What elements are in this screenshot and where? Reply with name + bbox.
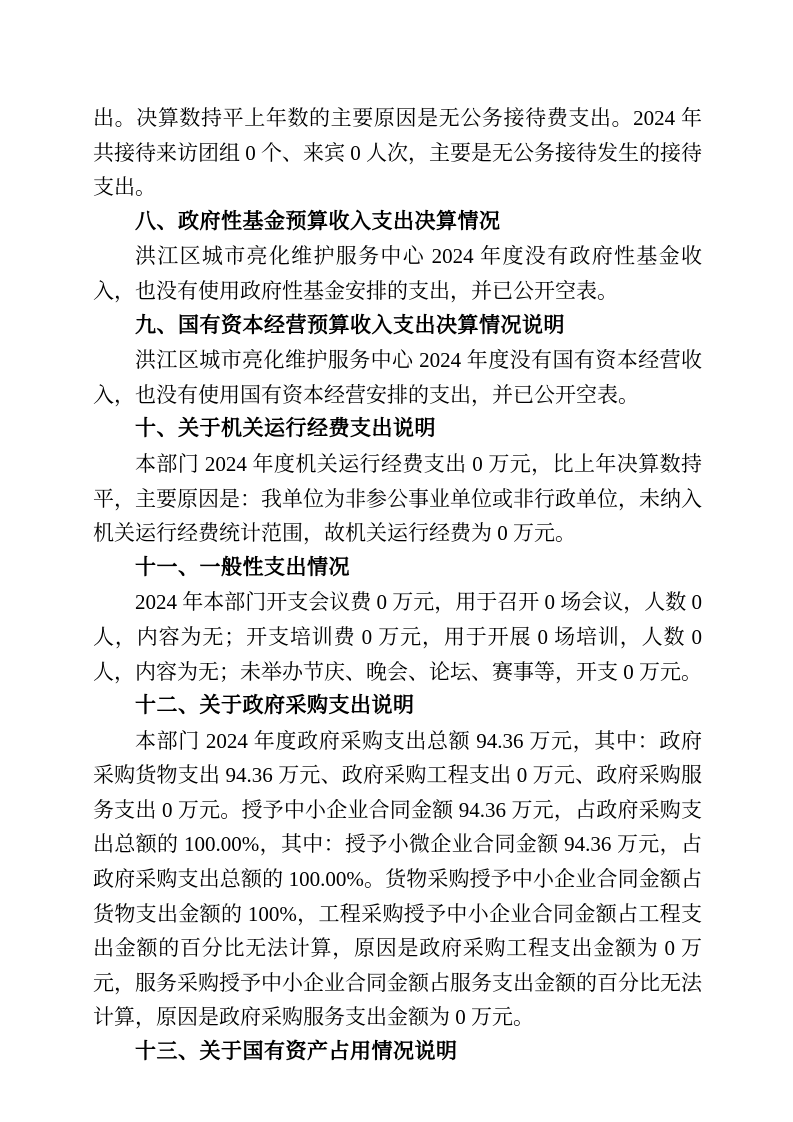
section-13-heading: 十三、关于国有资产占用情况说明 bbox=[93, 1035, 702, 1070]
section-8-heading: 八、政府性基金预算收入支出决算情况 bbox=[93, 205, 702, 240]
document-page: 出。决算数持平上年数的主要原因是无公务接待费支出。2024 年共接待来访团组 0… bbox=[0, 0, 793, 1122]
document-body: 出。决算数持平上年数的主要原因是无公务接待费支出。2024 年共接待来访团组 0… bbox=[93, 101, 702, 1070]
section-9-paragraph: 洪江区城市亮化维护服务中心 2024 年度没有国有资本经营收入，也没有使用国有资… bbox=[93, 343, 702, 412]
section-9-heading: 九、国有资本经营预算收入支出决算情况说明 bbox=[93, 309, 702, 344]
section-8-paragraph: 洪江区城市亮化维护服务中心 2024 年度没有政府性基金收入，也没有使用政府性基… bbox=[93, 239, 702, 308]
continued-paragraph-official-reception: 出。决算数持平上年数的主要原因是无公务接待费支出。2024 年共接待来访团组 0… bbox=[93, 101, 702, 205]
section-10-heading: 十、关于机关运行经费支出说明 bbox=[93, 412, 702, 447]
section-11-heading: 十一、一般性支出情况 bbox=[93, 551, 702, 586]
section-12-paragraph: 本部门 2024 年度政府采购支出总额 94.36 万元，其中：政府采购货物支出… bbox=[93, 724, 702, 1035]
section-11-paragraph: 2024 年本部门开支会议费 0 万元，用于召开 0 场会议，人数 0 人，内容… bbox=[93, 585, 702, 689]
section-10-paragraph: 本部门 2024 年度机关运行经费支出 0 万元，比上年决算数持平，主要原因是：… bbox=[93, 447, 702, 551]
section-12-heading: 十二、关于政府采购支出说明 bbox=[93, 689, 702, 724]
